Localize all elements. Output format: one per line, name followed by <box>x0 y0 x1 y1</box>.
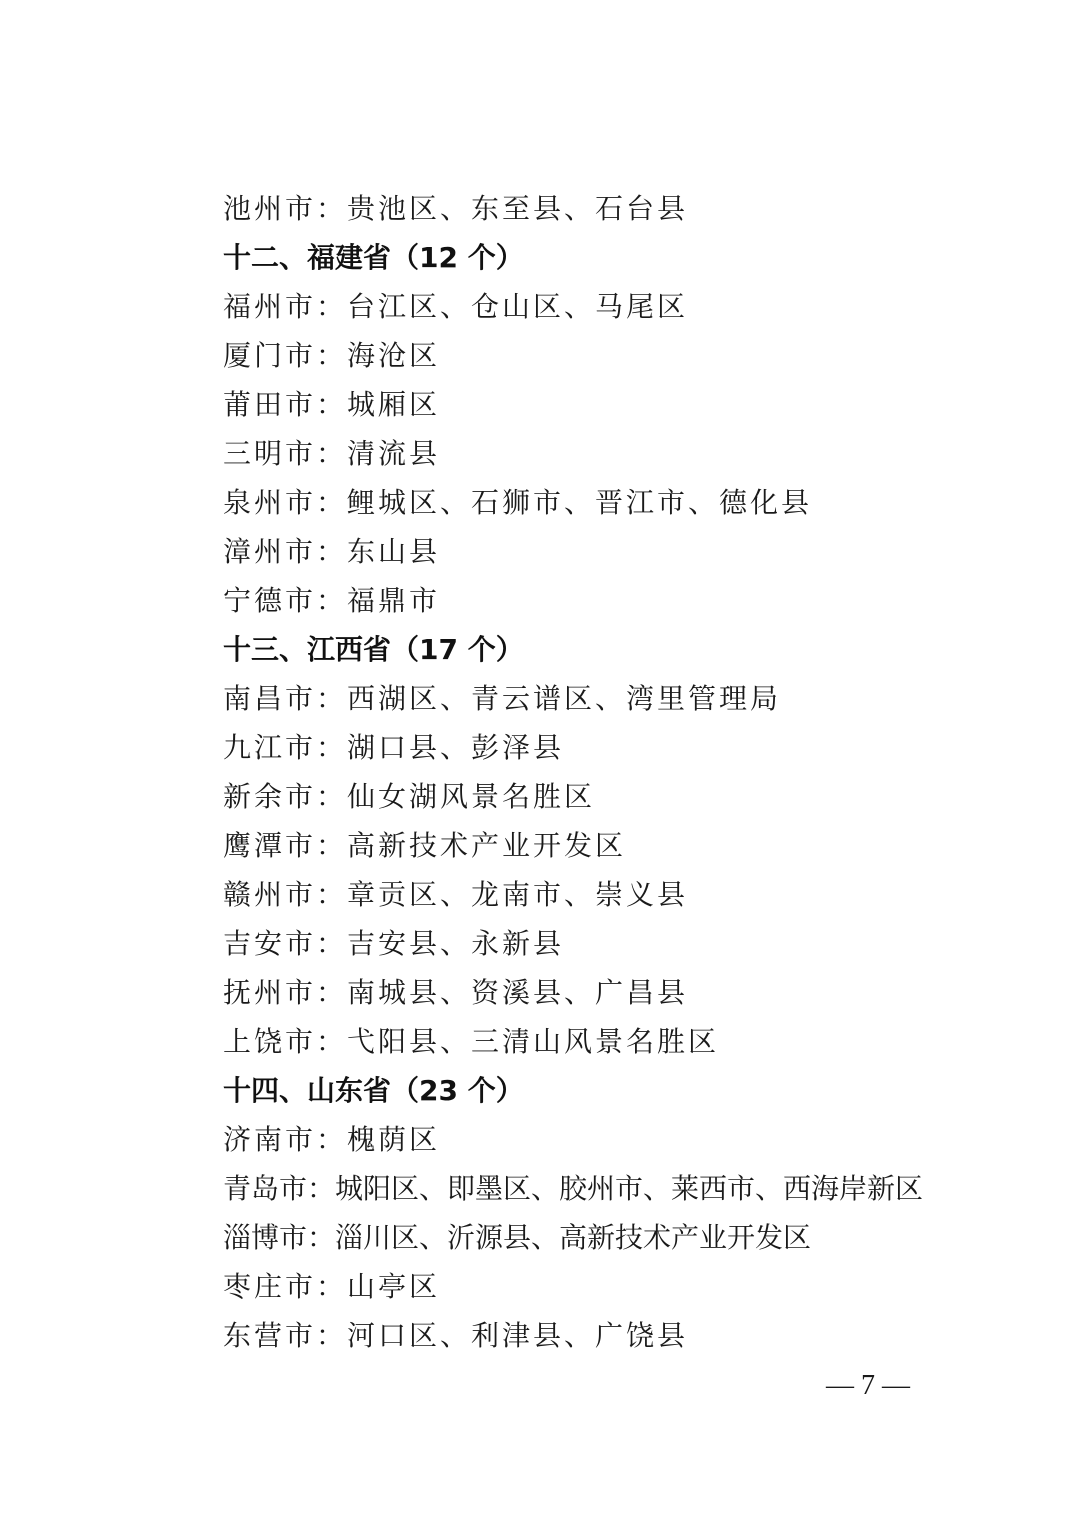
entry-zhangzhou: 漳州市：东山县 <box>223 527 943 576</box>
entry-qingdao: 青岛市：城阳区、即墨区、胶州市、莱西市、西海岸新区 <box>223 1164 943 1213</box>
entry-jinan: 济南市：槐荫区 <box>223 1115 943 1164</box>
entry-ningde: 宁德市：福鼎市 <box>223 576 943 625</box>
section-heading-jiangxi: 十三、江西省（17 个） <box>223 625 943 674</box>
entry-xinyu: 新余市：仙女湖风景名胜区 <box>223 772 943 821</box>
entry-fuzhou-jx: 抚州市：南城县、资溪县、广昌县 <box>223 968 943 1017</box>
document-page: 池州市：贵池区、东至县、石台县 十二、福建省（12 个） 福州市：台江区、仓山区… <box>0 0 1080 1527</box>
entry-shangrao: 上饶市：弋阳县、三清山风景名胜区 <box>223 1017 943 1066</box>
entry-jian: 吉安市：吉安县、永新县 <box>223 919 943 968</box>
section-heading-fujian: 十二、福建省（12 个） <box>223 233 943 282</box>
entry-jiujiang: 九江市：湖口县、彭泽县 <box>223 723 943 772</box>
entry-ganzhou: 赣州市：章贡区、龙南市、崇义县 <box>223 870 943 919</box>
page-number: — 7 — <box>826 1368 910 1404</box>
entry-dongying: 东营市：河口区、利津县、广饶县 <box>223 1311 943 1360</box>
entry-xiamen: 厦门市：海沧区 <box>223 331 943 380</box>
document-body: 池州市：贵池区、东至县、石台县 十二、福建省（12 个） 福州市：台江区、仓山区… <box>223 184 943 1360</box>
entry-sanming: 三明市：清流县 <box>223 429 943 478</box>
entry-chizhou: 池州市：贵池区、东至县、石台县 <box>223 184 943 233</box>
entry-fuzhou: 福州市：台江区、仓山区、马尾区 <box>223 282 943 331</box>
section-heading-shandong: 十四、山东省（23 个） <box>223 1066 943 1115</box>
entry-yingtan: 鹰潭市：高新技术产业开发区 <box>223 821 943 870</box>
entry-nanchang: 南昌市：西湖区、青云谱区、湾里管理局 <box>223 674 943 723</box>
entry-zaozhuang: 枣庄市：山亭区 <box>223 1262 943 1311</box>
entry-putian: 莆田市：城厢区 <box>223 380 943 429</box>
entry-quanzhou: 泉州市：鲤城区、石狮市、晋江市、德化县 <box>223 478 943 527</box>
entry-zibo: 淄博市：淄川区、沂源县、高新技术产业开发区 <box>223 1213 943 1262</box>
